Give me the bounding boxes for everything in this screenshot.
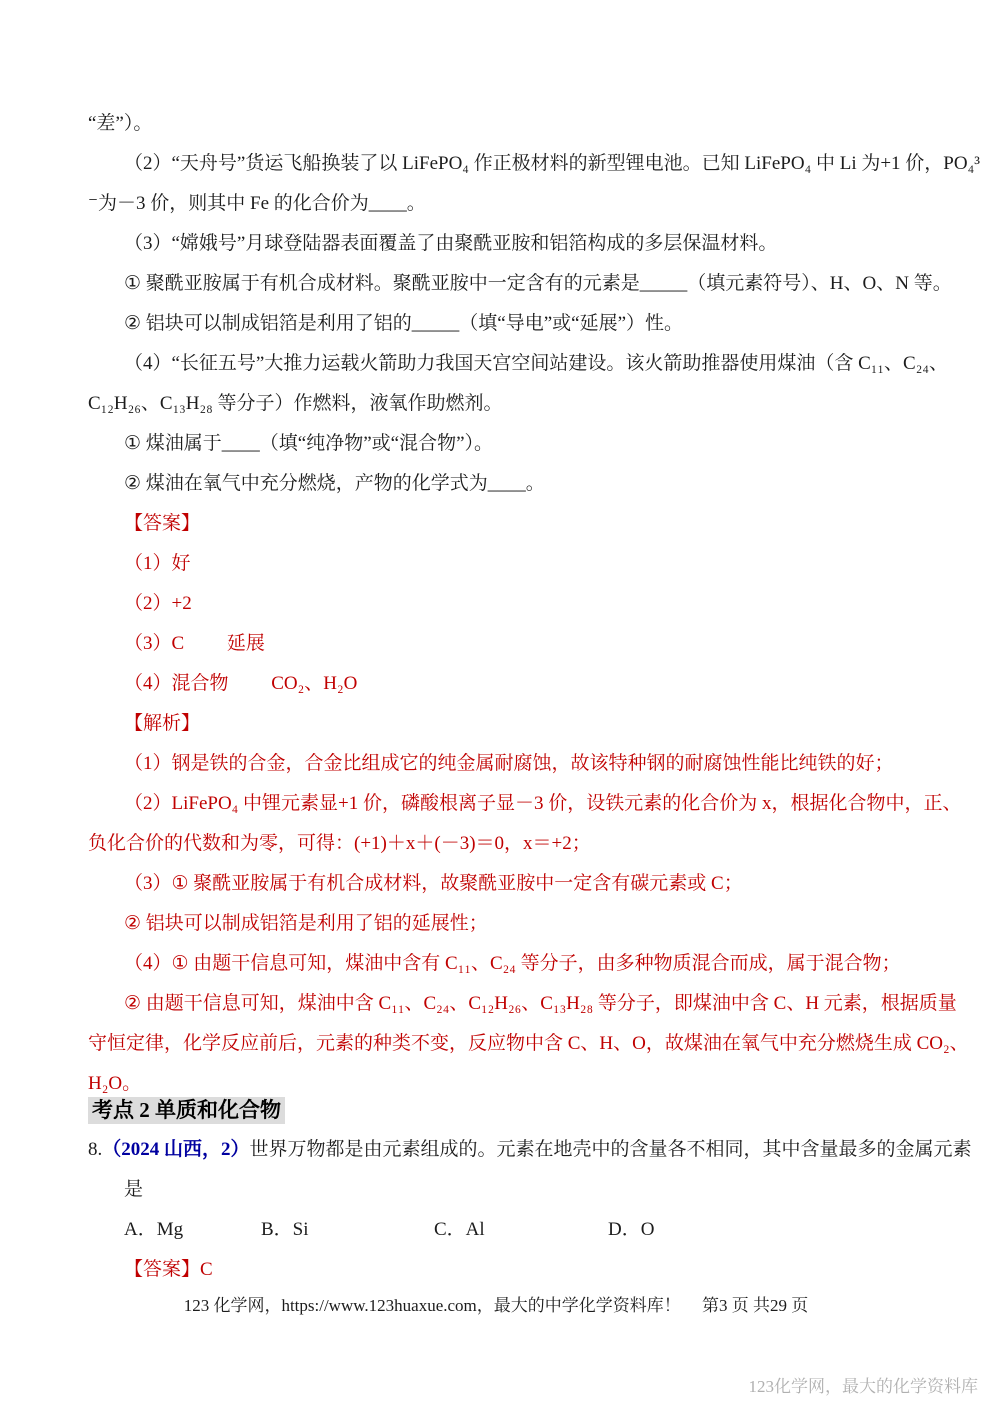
q8-option-c: C．Al bbox=[434, 1210, 608, 1250]
answer-item-2: （2）+2 bbox=[88, 584, 932, 624]
q7-part4-item2: ② 煤油在氧气中充分燃烧，产物的化学式为____。 bbox=[88, 464, 932, 504]
section-heading-row: 考点 2 单质和化合物 bbox=[88, 1096, 932, 1130]
analysis-item-4-sub2-line2: 守恒定律，化学反应前后，元素的种类不变，反应物中含 C、H、O，故煤油在氧气中充… bbox=[88, 1024, 932, 1064]
answer-item-4: （4）混合物 CO₂、H₂O bbox=[88, 664, 932, 704]
q8-option-a: A．Mg bbox=[124, 1210, 261, 1250]
q8-stem-continuation: 是 bbox=[88, 1170, 932, 1210]
q8-answer: 【答案】C bbox=[88, 1250, 932, 1290]
analysis-section-label: 【解析】 bbox=[88, 704, 932, 744]
analysis-item-4-sub2-line1: ② 由题干信息可知，煤油中含 C₁₁、C₂₄、C₁₂H₂₆、C₁₃H₂₈ 等分子… bbox=[88, 984, 932, 1024]
q8-options-row: A．MgB．SiC．AlD．O bbox=[88, 1210, 932, 1250]
document-page: “差”）。 （2）“天舟号”货运飞船换装了以 LiFePO₄ 作正极材料的新型锂… bbox=[0, 0, 992, 1403]
q8-source-tag: （2024 山西，2） bbox=[102, 1139, 249, 1160]
q7-part3: （3）“嫦娥号”月球登陆器表面覆盖了由聚酰亚胺和铝箔构成的多层保温材料。 bbox=[88, 224, 932, 264]
q8-option-b: B．Si bbox=[261, 1210, 434, 1250]
q7-part3-item1: ① 聚酰亚胺属于有机合成材料。聚酰亚胺中一定含有的元素是_____（填元素符号）… bbox=[88, 264, 932, 304]
analysis-item-2-line1: （2）LiFePO₄ 中锂元素显+1 价，磷酸根离子显－3 价，设铁元素的化合价… bbox=[88, 784, 932, 824]
q8-option-d: D．O bbox=[608, 1210, 654, 1250]
q8-number: 8. bbox=[88, 1139, 102, 1160]
analysis-item-2-line2: 负化合价的代数和为零，可得：(+1)＋x＋(－3)＝0，x＝+2； bbox=[88, 824, 932, 864]
analysis-item-1: （1）钢是铁的合金，合金比组成它的纯金属耐腐蚀，故该特种钢的耐腐蚀性能比纯铁的好… bbox=[88, 744, 932, 784]
q7-part4-line1: （4）“长征五号”大推力运载火箭助力我国天宫空间站建设。该火箭助推器使用煤油（含… bbox=[88, 344, 932, 384]
answer-section-label: 【答案】 bbox=[88, 504, 932, 544]
page-content: “差”）。 （2）“天舟号”货运飞船换装了以 LiFePO₄ 作正极材料的新型锂… bbox=[88, 104, 932, 1322]
analysis-item-3-sub2: ② 铝块可以制成铝箔是利用了铝的延展性； bbox=[88, 904, 932, 944]
q7-part3-item2: ② 铝块可以制成铝箔是利用了铝的_____（填“导电”或“延展”）性。 bbox=[88, 304, 932, 344]
section-heading: 考点 2 单质和化合物 bbox=[88, 1097, 285, 1124]
q8-stem-line: 8.（2024 山西，2）世界万物都是由元素组成的。元素在地壳中的含量各不相同，… bbox=[88, 1130, 932, 1170]
answer-item-1: （1）好 bbox=[88, 544, 932, 584]
q7-part4-line2: C₁₂H₂₆、C₁₃H₂₈ 等分子）作燃料，液氧作助燃剂。 bbox=[88, 384, 932, 424]
q7-part2-line2: ⁻为－3 价，则其中 Fe 的化合价为____。 bbox=[88, 184, 932, 224]
q8-stem-text: 世界万物都是由元素组成的。元素在地壳中的含量各不相同，其中含量最多的金属元素 bbox=[250, 1139, 972, 1160]
page-footer: 123 化学网，https://www.123huaxue.com，最大的中学化… bbox=[0, 1290, 992, 1322]
site-watermark: 123化学网，最大的化学资料库 bbox=[749, 1372, 979, 1397]
analysis-item-4-sub1: （4）① 由题干信息可知，煤油中含有 C₁₁、C₂₄ 等分子，由多种物质混合而成… bbox=[88, 944, 932, 984]
answer-item-3: （3）C 延展 bbox=[88, 624, 932, 664]
prev-question-continuation: “差”）。 bbox=[88, 104, 932, 144]
analysis-item-3-sub1: （3）① 聚酰亚胺属于有机合成材料，故聚酰亚胺中一定含有碳元素或 C； bbox=[88, 864, 932, 904]
q7-part4-item1: ① 煤油属于____（填“纯净物”或“混合物”）。 bbox=[88, 424, 932, 464]
q7-part2-line1: （2）“天舟号”货运飞船换装了以 LiFePO₄ 作正极材料的新型锂电池。已知 … bbox=[88, 144, 932, 184]
